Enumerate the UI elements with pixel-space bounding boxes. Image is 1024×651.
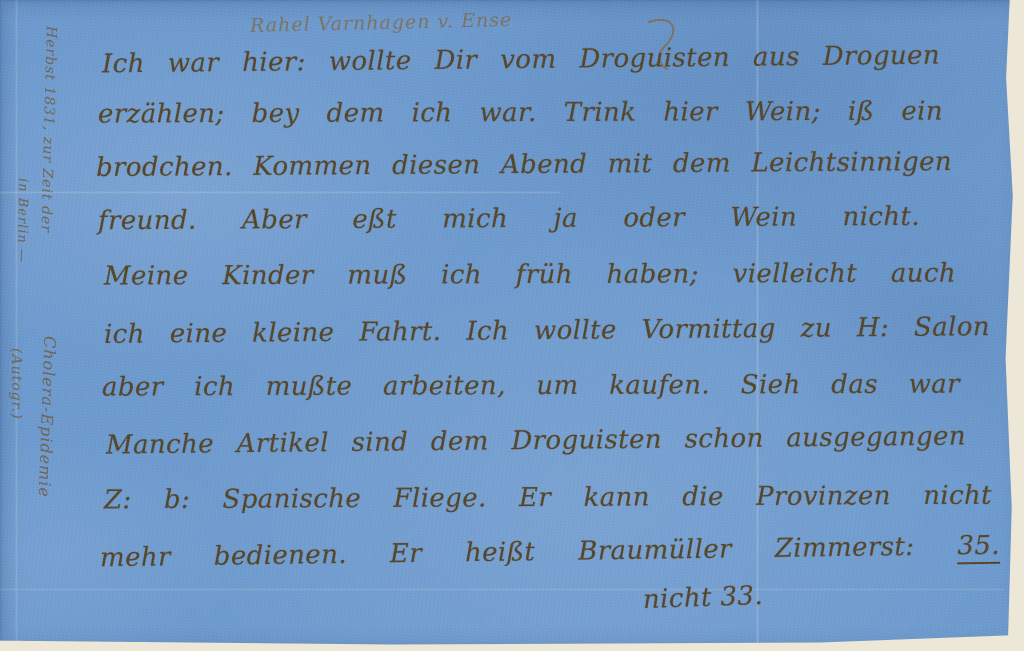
letter-paper: Rahel Varnhagen v. Ense Herbst 1831, zur… <box>0 0 1024 651</box>
letter-line: ich eine kleine Fahrt. Ich wollte Vormit… <box>104 313 990 349</box>
letter-line: Z: b: Spanische Fliege. Er kann die Prov… <box>104 482 992 515</box>
pencil-header: Rahel Varnhagen v. Ense <box>250 9 513 37</box>
horizontal-fold-crease <box>0 191 560 194</box>
left-edge-crease <box>15 0 18 651</box>
letter-line: Ich war hier: wollte Dir vom Droguisten … <box>102 42 940 79</box>
letter-line: brodchen. Kommen diesen Abend mit dem Le… <box>96 148 952 183</box>
margin-annotation-note: (Autogr.) <box>8 348 24 448</box>
margin-annotation-date: Herbst 1831, zur Zeit der <box>37 26 59 241</box>
letter-line: Manche Artikel sind dem Droguisten schon… <box>106 422 966 460</box>
letter-last-line: mehr bedienen. Er heißt Braumüller Zimme… <box>100 532 1000 573</box>
letter-line: aber ich mußte arbeiten, um kaufen. Sieh… <box>102 371 960 403</box>
letter-last-line-text: mehr bedienen. Er heißt Braumüller Zimme… <box>100 531 958 573</box>
letter-scan-backing: Rahel Varnhagen v. Ense Herbst 1831, zur… <box>0 0 1024 651</box>
underlined-street-number: 35. <box>957 531 1000 565</box>
margin-annotation-subject: Cholera-Epidemie <box>32 336 60 587</box>
letter-line: erzählen; bey dem ich war. Trink hier We… <box>98 98 943 130</box>
lower-fold-crease <box>0 588 1004 591</box>
letter-line: freund. Aber eßt mich ja oder Wein nicht… <box>98 203 920 236</box>
letter-line: Meine Kinder muß ich früh haben; viellei… <box>104 260 956 292</box>
letter-closing: nicht 33. <box>618 580 789 616</box>
margin-annotation-place: in Berlin — <box>13 178 30 318</box>
